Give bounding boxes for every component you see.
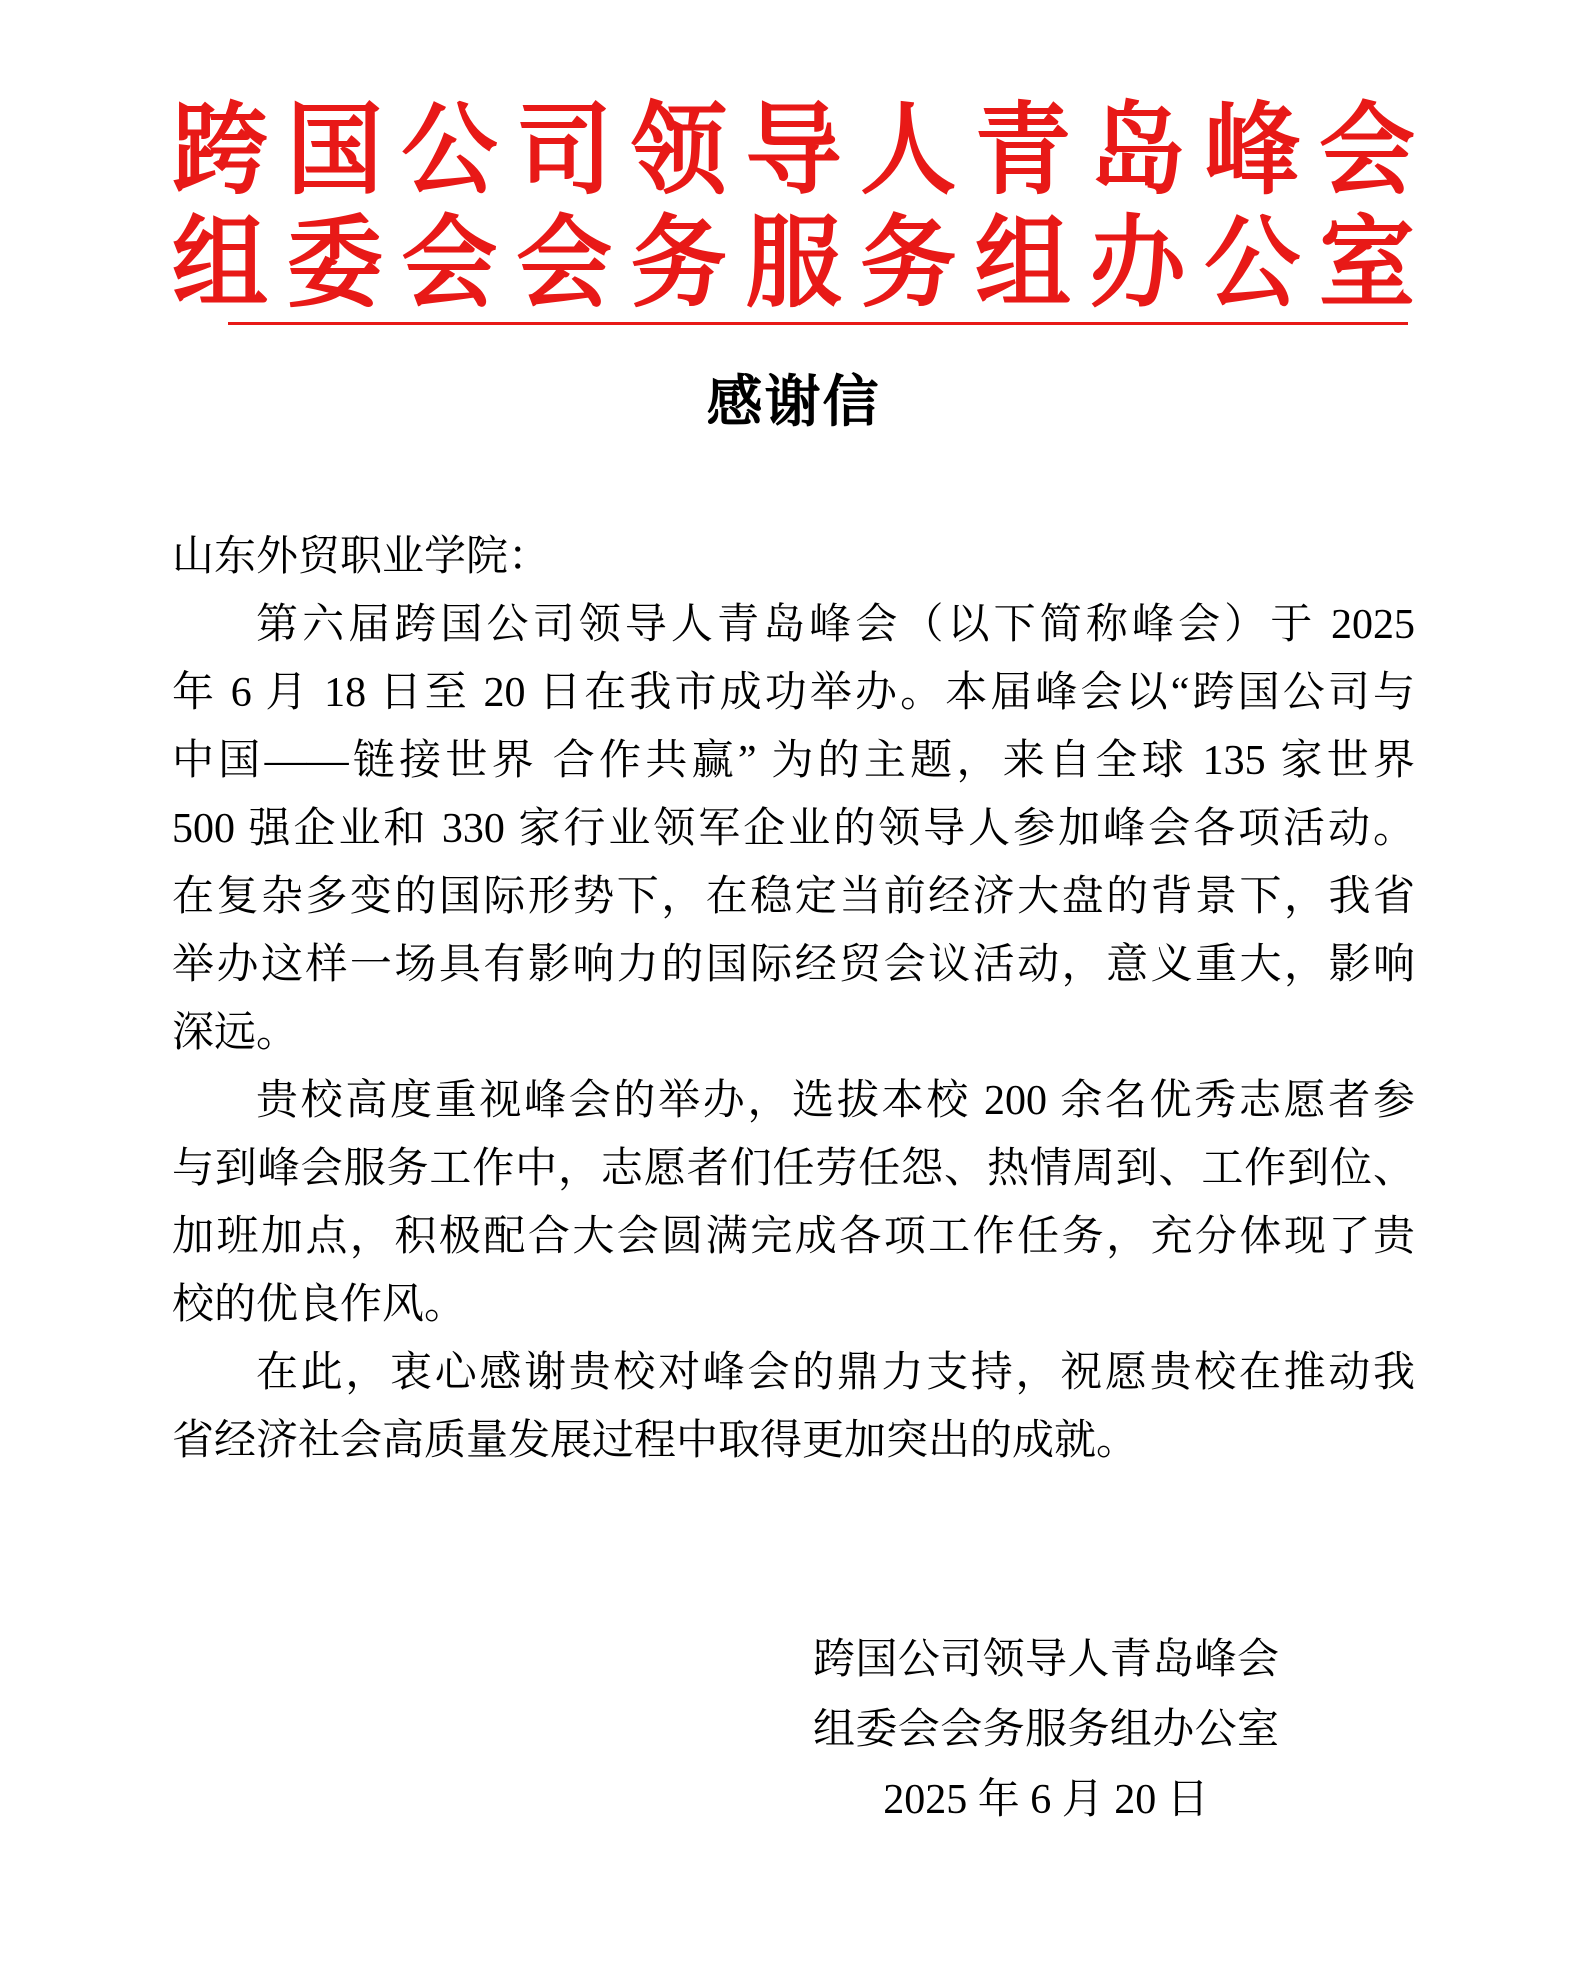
signature-block: 跨国公司领导人青岛峰会 组委会会务服务组办公室 2025 年 6 月 20 日 xyxy=(813,1625,1279,1835)
signature-date: 2025 年 6 月 20 日 xyxy=(813,1765,1279,1835)
body-line: 中国——链接世界 合作共赢” 为的主题，来自全球 135 家世界 xyxy=(172,727,1415,795)
signature-org-line-1: 跨国公司领导人青岛峰会 xyxy=(813,1625,1279,1695)
letter-page: 跨国公司领导人青岛峰会 组委会会务服务组办公室 感谢信 山东外贸职业学院： 第六… xyxy=(0,0,1587,1961)
body-line: 贵校高度重视峰会的举办，选拔本校 200 余名优秀志愿者参 xyxy=(172,1067,1415,1135)
body-line: 校的优良作风。 xyxy=(172,1271,1415,1339)
body-line: 500 强企业和 330 家行业领军企业的领导人参加峰会各项活动。 xyxy=(172,795,1415,863)
letterhead-line-2: 组委会会务服务组办公室 xyxy=(172,205,1415,323)
salutation: 山东外贸职业学院： xyxy=(172,523,1415,591)
body-line: 在复杂多变的国际形势下，在稳定当前经济大盘的背景下，我省 xyxy=(172,863,1415,931)
letterhead: 跨国公司领导人青岛峰会 组委会会务服务组办公室 xyxy=(172,92,1415,318)
letter-title: 感谢信 xyxy=(172,372,1415,434)
body-line: 在此，衷心感谢贵校对峰会的鼎力支持，祝愿贵校在推动我 xyxy=(172,1339,1415,1407)
body-line: 深远。 xyxy=(172,999,1415,1067)
body-line: 年 6 月 18 日至 20 日在我市成功举办。本届峰会以“跨国公司与 xyxy=(172,659,1415,727)
body-line: 省经济社会高质量发展过程中取得更加突出的成就。 xyxy=(172,1407,1415,1475)
body-line: 加班加点，积极配合大会圆满完成各项工作任务，充分体现了贵 xyxy=(172,1203,1415,1271)
body-line: 第六届跨国公司领导人青岛峰会（以下简称峰会）于 2025 xyxy=(172,591,1415,659)
letterhead-line-1: 跨国公司领导人青岛峰会 xyxy=(172,92,1415,210)
signature-org-line-2: 组委会会务服务组办公室 xyxy=(813,1695,1279,1765)
body-line: 举办这样一场具有影响力的国际经贸会议活动，意义重大，影响 xyxy=(172,931,1415,999)
body-line: 与到峰会服务工作中，志愿者们任劳任怨、热情周到、工作到位、 xyxy=(172,1135,1415,1203)
letter-body: 山东外贸职业学院： 第六届跨国公司领导人青岛峰会（以下简称峰会）于 2025 年… xyxy=(172,523,1415,1475)
letterhead-divider-line xyxy=(228,322,1408,325)
